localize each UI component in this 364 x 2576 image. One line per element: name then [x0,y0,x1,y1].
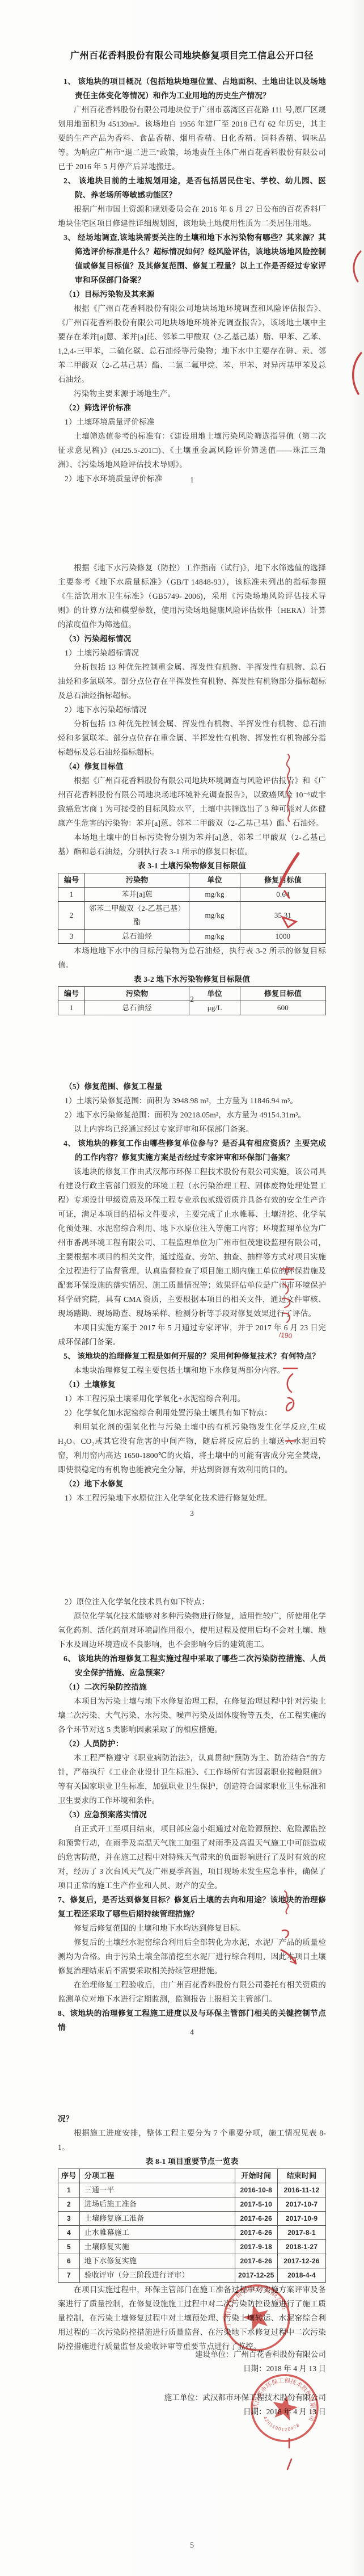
page-number-1: 1 [58,473,326,487]
cell: 0.64 [240,888,325,902]
cell: 2017-6-26 [235,2226,278,2240]
page-3: （5）修复范围、修复工程量 1）土壤污染修复范围：面积为 3948.98 m²，… [58,1079,326,1505]
cell: 1 [58,2183,80,2197]
table-caption: 表 8-1 项目重要节点一览表 [58,2154,326,2169]
cell: 1 [58,888,85,902]
cell: 35.31 [240,902,325,930]
sub-item: 1）本工程污染土壤采用化学氧化+水泥窑综合利用。 [58,1392,326,1406]
sub-item: 2）原位注入化学氧化技术具有如下特点： [58,1595,326,1609]
page-4: 2）原位注入化学氧化技术具有如下特点： 原位化学氧化技术能够对多种污染物进行修复… [58,1595,326,2035]
paragraph: 修复后修复范围的土壤和地下水均达到修复目标。 [58,1921,326,1935]
cell: 2017-10-7 [278,2197,326,2212]
sub-item: 1）本工程污染地下水原位注入化学氧化技术进行修复处理。 [58,1491,326,1505]
paragraph: 在治理修复工程验收后，由广州百花香料股份有限公司委托有相关资质的监测单位对地下水… [58,1978,326,2006]
cell: 2017-6-26 [235,2212,278,2226]
section-heading: （1）目标污染物及其来源 [58,287,326,301]
question-6: 6、 该地块的治理修复工程实施过程中采取了哪些二次污染防控措施、人员安全保护措施… [58,1652,326,1680]
cell: 5 [58,2240,80,2254]
paragraph: 广州百花香料股份有限公司地块位于广州市荔湾区百花路 111 号,原厂区规划用地面… [58,103,326,174]
col-header: 开始时间 [235,2169,278,2183]
section-heading: （2）筛选评价标准 [58,401,326,415]
paragraph: 根据《地下水污染修复（防控）工作指南（试行)》，地下水筛选值的选择主要参考《地下… [58,561,326,632]
page-1: 广州百花香料股份有限公司地块修复项目完工信息公开口径 1、 该地块的项目概况（包… [58,49,326,486]
cell: 2017-10-9 [278,2212,326,2226]
cell: 2017-6-26 [235,2254,278,2268]
table-row: 2 进场后施工准备 2017-5-10 2017-10-7 [58,2197,326,2212]
cell: 三通一平 [79,2183,235,2197]
cell: 土壤修复施工准备 [79,2212,235,2226]
svg-text:4201190120478: 4201190120478 [260,2415,302,2436]
question-8-continued: 况？ [58,2112,326,2126]
paragraph: 利用氧化剂的强氧化性与污染土壤中的有机污染物发生化学反应,生成 H₂O、CO₂或… [58,1420,326,1477]
page-number-3: 3 [58,1506,326,1520]
sub-item: 2）地下水污染超标情况 [58,703,326,717]
section-heading: （1）土壤修复 [58,1377,326,1392]
cell: 止水帷幕施工 [79,2226,235,2240]
soil-target-table: 编号 污染物 单位 修复目标值 1 苯并[a]蒽 mg/kg 0.64 2 邻苯… [58,873,326,944]
paragraph: 根据广州市国土资源和规划委员会在 2016 年 6 月 27 日公布的百花香料厂… [58,202,326,230]
table-row: 1 苯并[a]蒽 mg/kg 0.64 [58,888,326,902]
cell: 4 [58,2226,80,2240]
sub-item: 1）土壤污染超标情况 [58,646,326,660]
question-3: 3、 经场地调查,该地块需要关注的土壤和地下水污染物有哪些？其来源？其筛选评价标… [58,230,326,287]
paragraph: 本工程严格遵守《职业病防治法》，认真贯彻“预防为主、防治结合”的方针，严格执行《… [58,1751,326,1808]
cell: 邻苯二甲酸双（2-乙基己基）酯 [85,902,189,930]
cell: mg/kg [189,930,240,944]
table-row: 4 止水帷幕施工 2017-6-26 2017-8-1 [58,2226,326,2240]
table-row: 2 邻苯二甲酸双（2-乙基己基）酯 mg/kg 35.31 [58,902,326,930]
margin-annotation-curve-icon [347,351,364,396]
builder-red-seal-icon: 广州百花香料股份有限公司 [220,2283,294,2355]
table-row: 5 土壤修复实施 2017-9-18 2018-1-27 [58,2240,326,2254]
paragraph: 本场地土壤中的目标污染物分别为苯并[a]蒽、邻苯二甲酸双（2-乙基己基）酯和总石… [58,830,326,859]
paragraph: 根据施工进度安排，整体工程主要分为 7 个重要分项，施工情况见表 8-1。 [58,2126,326,2154]
paragraph: 本场地地下水中的目标污染物为总石油烃，执行表 3-2 所示的修复目标值。 [58,944,326,972]
cell: 2018-4-4 [278,2268,326,2283]
section-heading: （4）修复目标值 [58,759,326,774]
page-number-4: 4 [58,2025,326,2039]
paragraph: 修复后的土壤经水泥窑综合利用后全部转化为水泥，水泥厂产品的质量检测均为合格。由于… [58,1935,326,1978]
paragraph: 污染物主要来源于场地生产。 [58,386,326,401]
sub-item: 1）土壤环境质量评价标准 [58,415,326,429]
sub-item: 2）化学氧化加水泥窑综合利用处置污染土壤具有如下特点： [58,1406,326,1420]
paragraph: 土壤筛选值参考的标准有：《建设用地土壤污染风险筛选指导值（第二次征求意见稿)》(… [58,429,326,472]
table-header-row: 序号 分项工程 开始时间 结束时间 [58,2169,326,2183]
contractor-seal-code: 4201190120478 [260,2415,302,2436]
sub-item: 2）地下水污染修复范围：面积为 20218.05m²，水方量为 49154.31… [58,1108,326,1122]
paragraph: 以上内容均已经通过经过专家评审和环保部门备案。 [58,1122,326,1136]
paragraph: 原位化学氧化技术能够对多种污染物进行修复，适用性较广，所使用化学氧化药剂、活化药… [58,1609,326,1652]
cell: 6 [58,2254,80,2268]
section-heading: （2）人员防护： [58,1737,326,1751]
cell: 地下水修复实施 [79,2254,235,2268]
cell: 土壤修复实施 [79,2240,235,2254]
cell: 进场后施工准备 [79,2197,235,2212]
cell: mg/kg [189,888,240,902]
section-heading: （3）污染超标情况 [58,632,326,646]
cell: 3 [58,930,85,944]
paragraph: 本项目为污染土壤与地下水修复治理工程，在修复治理过程中针对污染土壤二次污染、大气… [58,1694,326,1737]
cell: 2017-5-10 [235,2197,278,2212]
paragraph: 分析包括 13 种优先控制金属、挥发性有机物、半挥发性有机物、总石油烃和多氯联苯… [58,717,326,759]
question-2: 2、 该地块目前的土地规划用途，是否包括居民住宅、学校、幼儿园、医院、养老场所等… [58,174,326,202]
cell: 验收评审（分三阶段进行评审） [79,2268,235,2283]
cell: 2016-10-8 [235,2183,278,2197]
page-2: 根据《地下水污染修复（防控）工作指南（试行)》，地下水筛选值的选择主要参考《地下… [58,561,326,1015]
cell: 2017-12-26 [278,2254,326,2268]
table-row: 6 地下水修复实施 2017-6-26 2017-12-26 [58,2254,326,2268]
cell: 2016-11-12 [278,2183,326,2197]
cell: 2 [58,902,85,930]
paragraph: 根据《广州百花香料股份有限公司地块环境调查与风险评估报告》和《广州百花香料股份有… [58,774,326,830]
cell: 3 [58,2212,80,2226]
cell: mg/kg [189,902,240,930]
contractor-red-seal-icon: 武汉都市环保工程技术股份有限公司 4201190120478 [247,2372,322,2446]
sub-item: 1）土壤污染修复范围：面积为 3948.98 m²，土方量为 11846.94 … [58,1094,326,1108]
cell: 2017-12-25 [235,2268,278,2283]
cell: 2017-8-1 [278,2226,326,2240]
paragraph: 自正式开工至项目结束，项目部应急小组通过对危险源预控、危险源监控和预警行动，在雨… [58,1822,326,1893]
cell: 1000 [240,930,325,944]
cell: 2018-1-27 [278,2240,326,2254]
question-7: 7、修复后，是否达到修复目标？修复后土壤的去向和用途？该地块的治理修复工程还采取… [58,1893,326,1921]
table-caption: 表 3-2 地下水污染物修复目标限值 [58,972,326,986]
document-title: 广州百花香料股份有限公司地块修复项目完工信息公开口径 [58,49,326,63]
col-header: 分项工程 [79,2169,235,2183]
margin-annotation-curve-icon [348,250,364,284]
col-header: 修复目标值 [240,873,325,888]
margin-annotation-code: /190 [278,1331,293,1340]
paragraph: 分析包括 13 种优先控制重金属、挥发性有机物、半挥发性有机物、总石油烃和多氯联… [58,660,326,703]
section-heading: （1）二次污染防控措施 [58,1680,326,1694]
cell: 7 [58,2268,80,2283]
section-heading: （3）应急预案落实情况 [58,1808,326,1822]
scanned-document-page: 广州百花香料股份有限公司地块修复项目完工信息公开口径 1、 该地块的项目概况（包… [0,0,364,2576]
question-1: 1、 该地块的项目概况（包括地块地理位置、占地面积、土地出让以及场地责任主体变化… [58,74,326,103]
col-header: 编号 [58,873,85,888]
table-row: 3 土壤修复施工准备 2017-6-26 2017-10-9 [58,2212,326,2226]
col-header: 结束时间 [278,2169,326,2183]
section-heading: （2）地下水修复 [58,1477,326,1491]
table-header-row: 编号 污染物 单位 修复目标值 [58,873,326,888]
table-caption: 表 3-1 土壤污染物修复目标限值 [58,859,326,873]
section-heading: （5）修复范围、修复工程量 [58,1079,326,1094]
cell: 苯并[a]蒽 [85,888,189,902]
table-row: 3 总石油烃 mg/kg 1000 [58,930,326,944]
question-4: 4、 该地块的修复工作由哪些修复单位参与？是否具有相应资质？主要完成的工作内容？… [58,1136,326,1165]
cell: 2 [58,2197,80,2212]
cell: 总石油烃 [85,930,189,944]
table-row: 1 三通一平 2016-10-8 2016-11-12 [58,2183,326,2197]
milestone-table: 序号 分项工程 开始时间 结束时间 1 三通一平 2016-10-8 2016-… [58,2169,326,2283]
paragraph: 该地块的修复工作由武汉都市环保工程技术股份有限公司实施，该公司具有建设行政主管部… [58,1165,326,1321]
paragraph: 根据《广州百花香料股份有限公司地块场地环境调查和风险评估报告》、《广州百花香料股… [58,301,326,386]
col-header: 单位 [189,873,240,888]
page-number-2: 2 [58,992,326,1006]
table-row: 7 验收评审（分三阶段进行评审） 2017-12-25 2018-4-4 [58,2268,326,2283]
paragraph: 本地块治理修复工程主要包括土壤和地下水修复两部分内容。 [58,1363,326,1377]
col-header: 污染物 [85,873,189,888]
question-5: 5、 该地块的治理修复工程是如何开展的？采用何种修复技术？有何特点？ [58,1349,326,1363]
page-number-5: 5 [58,2538,326,2552]
cell: 2017-9-18 [235,2240,278,2254]
col-header: 序号 [58,2169,80,2183]
